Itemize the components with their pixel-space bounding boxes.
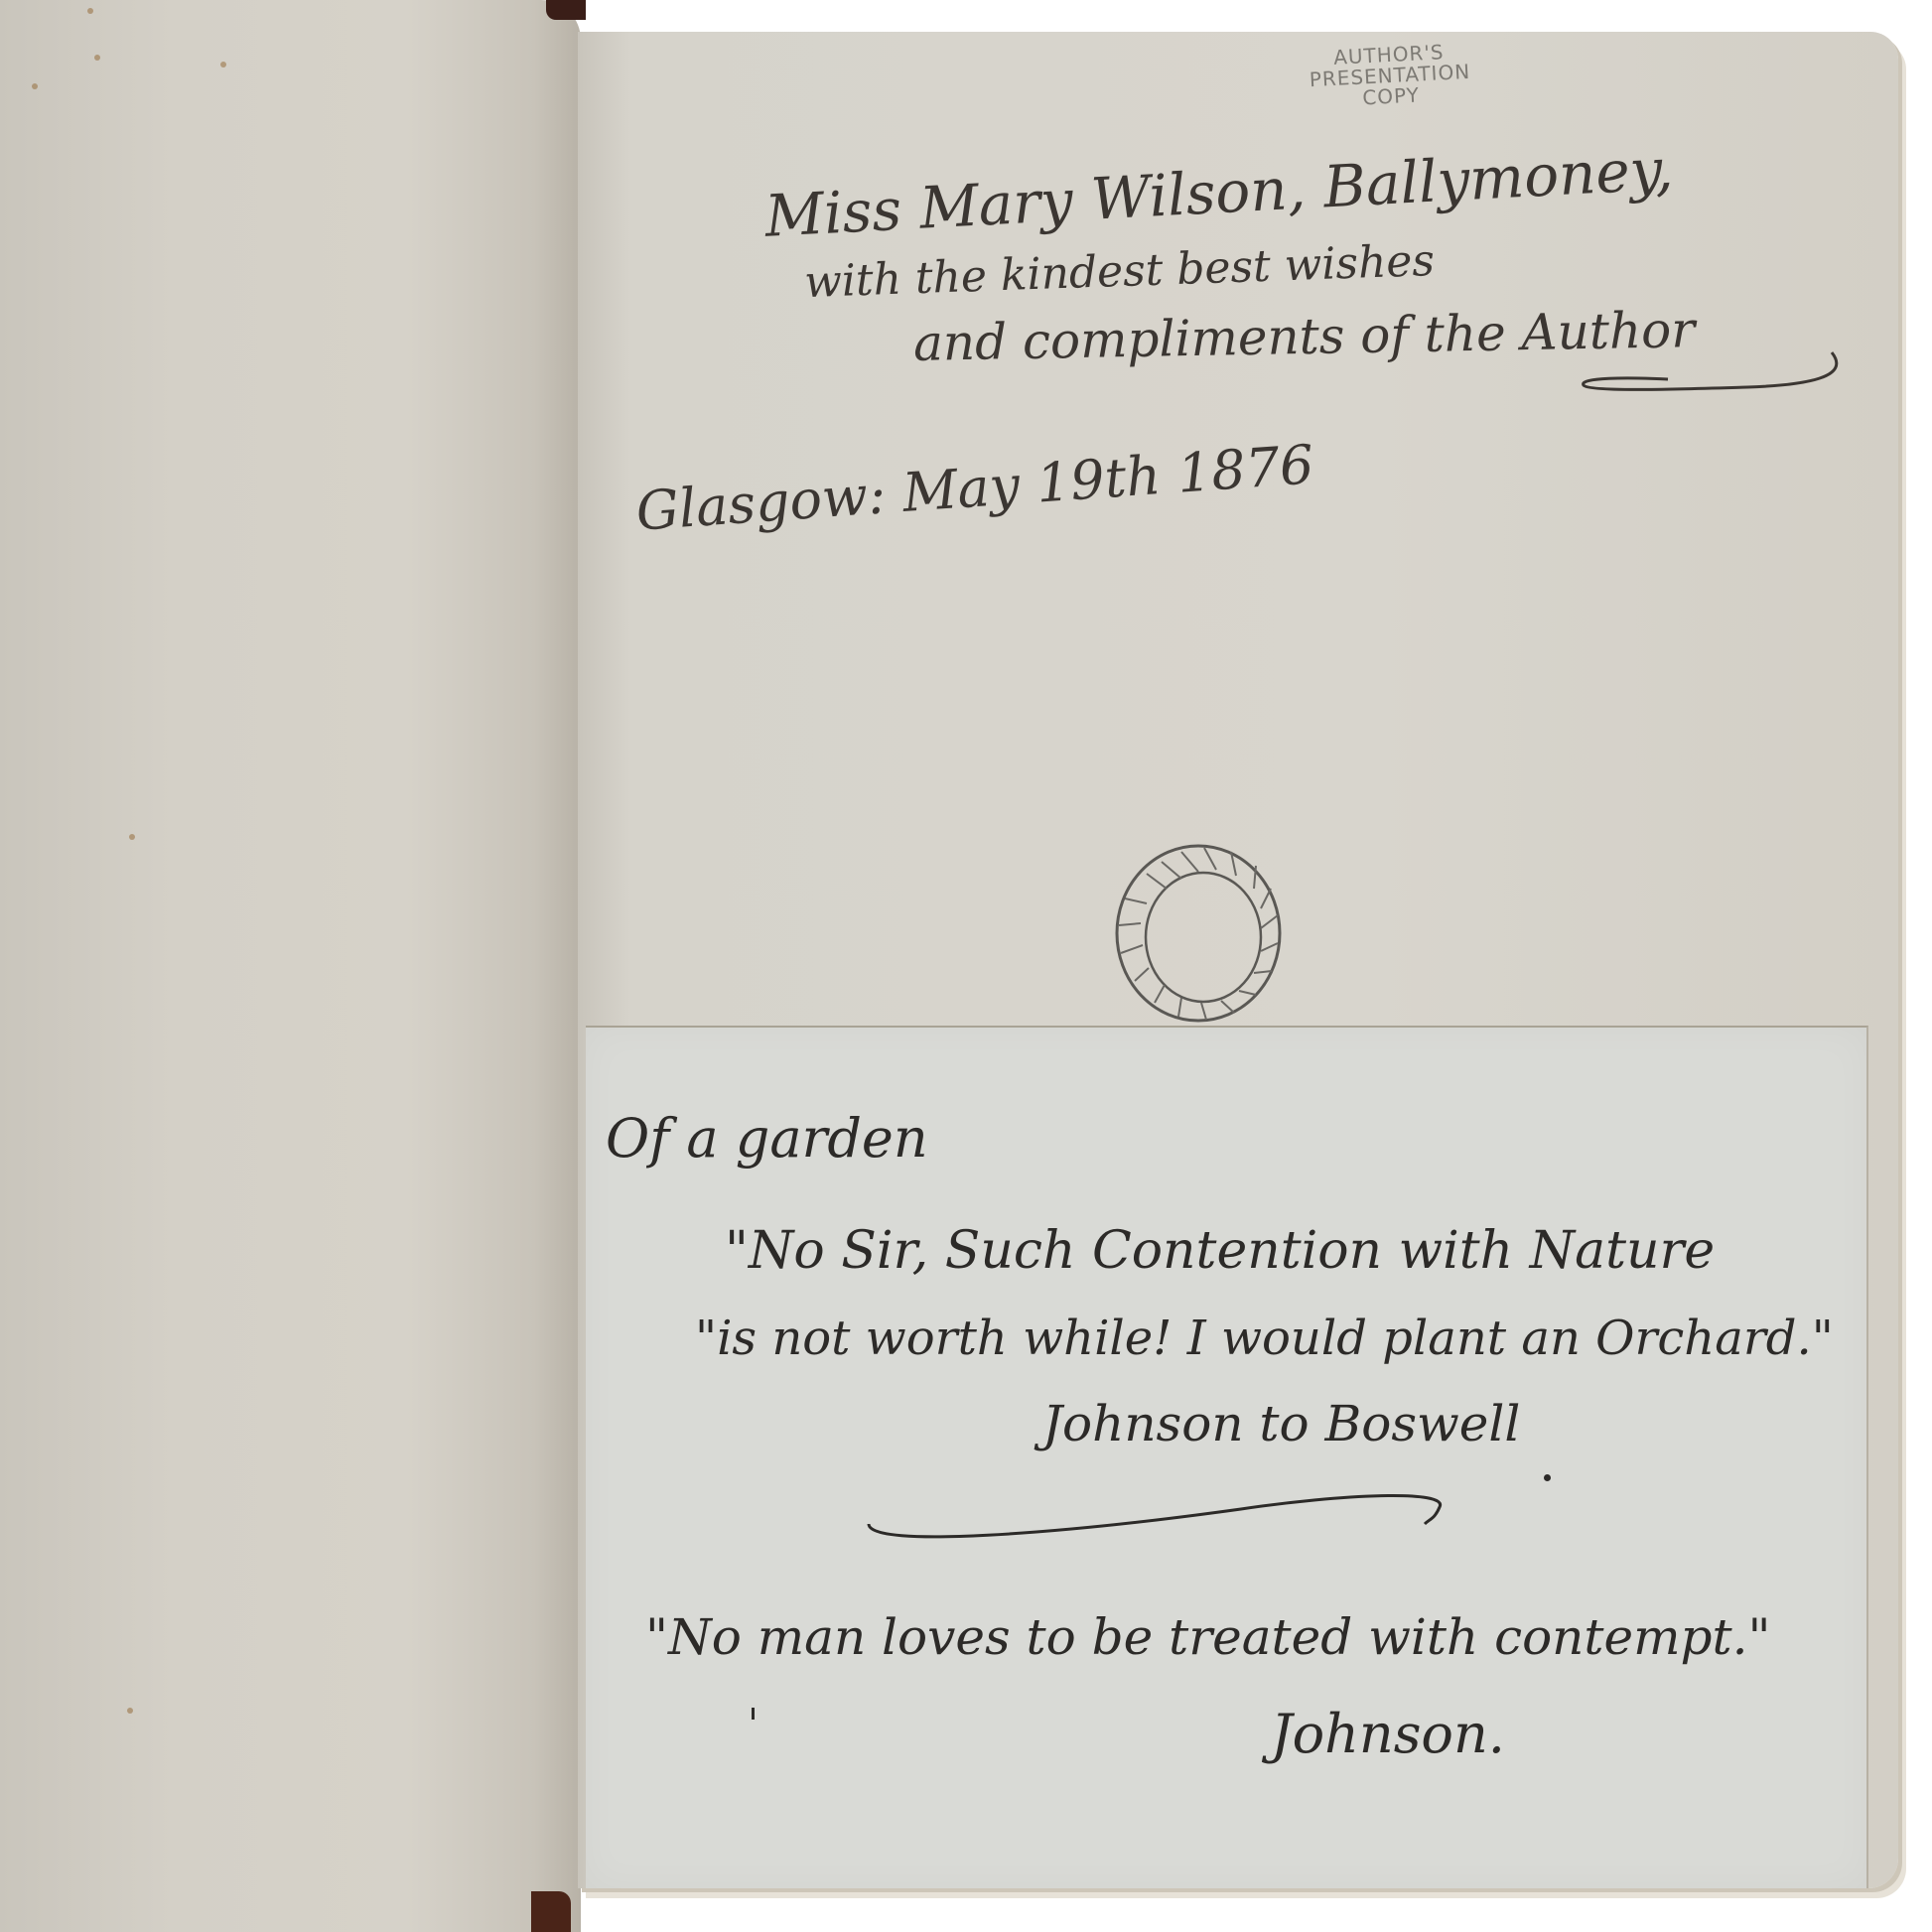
foxing-spot [94,55,100,61]
quote-attribution: Johnson. [1271,1703,1505,1765]
quote-attribution: Johnson to Boswell [1042,1395,1520,1452]
rope-ring-illustration-icon [1107,834,1296,1033]
foxing-spot [32,83,38,89]
left-endpaper [0,0,581,1932]
foxing-spot [220,62,226,68]
ink-mark [752,1708,755,1720]
pencil-note: AUTHOR'S PRESENTATION COPY [1299,40,1480,111]
foxing-spot [87,8,93,14]
quote-line: "is not worth while! I would plant an Or… [695,1311,1834,1366]
signature-flourish-icon [1569,347,1847,397]
quote-line: "No man loves to be treated with contemp… [645,1608,1770,1666]
quote-line: "No Sir, Such Contention with Nature [725,1221,1715,1281]
foxing-spot [129,834,135,840]
divider-flourish-icon [864,1479,1459,1559]
pasted-card: Of a garden "No Sir, Such Contention wit… [586,1026,1868,1888]
card-heading: Of a garden [606,1107,928,1170]
binding-edge-bottom [531,1891,571,1932]
binding-edge-top [546,0,586,20]
ink-dot [1544,1474,1551,1481]
foxing-spot [127,1708,133,1714]
